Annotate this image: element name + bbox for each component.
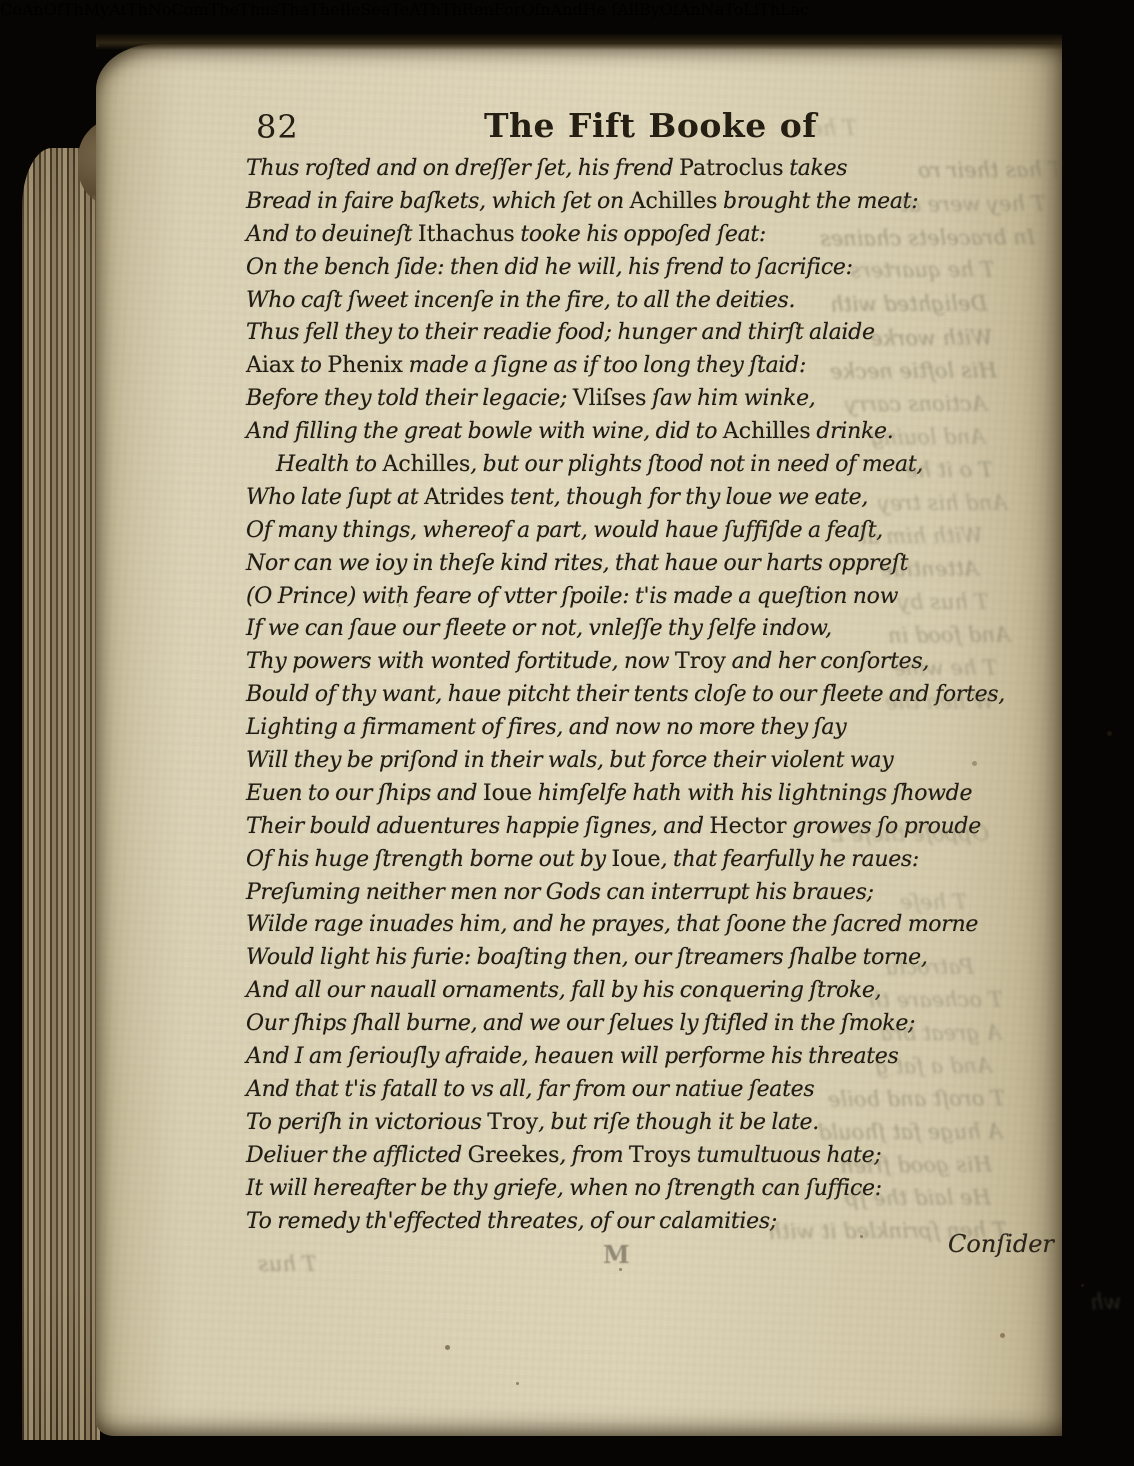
verse-text-block: Thus roſted and on dreſſer ſet, his fren… [246,156,1068,1241]
facing-line-fragment: Ren [462,0,494,19]
verse-line: And I am ſeriouſly afraide, heauen will … [246,1044,1068,1077]
verse-line: Aiax to Phenix made a ſigne as if too lo… [246,353,1068,386]
facing-line-fragment: Tha [279,0,310,19]
facing-page-text: CoAnOfThMyAtThNoComTheThusThaTheIleSeaTe… [0,0,1134,19]
gutter-shadow [1052,28,1078,1428]
verse-line: Bread in faire baſkets, which ſet on Ach… [246,189,1068,222]
verse-line: To periſh in victorious Troy, but riſe t… [246,1110,1068,1143]
verse-line: Preſuming neither men nor Gods can inter… [246,880,1068,913]
verse-line: Health to Achilles, but our plights ſtoo… [246,452,1068,485]
facing-line-fragment: Sea [360,0,390,19]
verse-line: Thus fell they to their readie food; hun… [246,320,1068,353]
verse-line: Who caſt ſweet incenſe in the fire, to a… [246,288,1068,321]
facing-line-fragment: Th [420,0,441,19]
verse-line: And to deuineſt Ithachus tooke his oppoſ… [246,222,1068,255]
facing-line-fragment: Th [127,0,148,19]
facing-line-fragment: Th [759,0,780,19]
verse-line: Bould of thy want, haue pitcht their ten… [246,682,1068,715]
page-top-edge-shadow [96,34,1062,50]
verse-line: Before they told their legacie; Vliſses … [246,386,1068,419]
verse-line: And all our nauall ornaments, fall by hi… [246,978,1068,1011]
verse-line: To remedy th'effected threates, of our c… [246,1209,1068,1242]
verse-line: Wilde rage inuades him, and he prayes, t… [246,912,1068,945]
facing-line-fragment: Lac [780,0,809,19]
verse-line: If we can ſaue our fleete or not, vnleſſ… [246,616,1068,649]
verse-line: And that t'is fatall to vs all, far from… [246,1077,1068,1110]
verse-line: Lighting a firmament of fires, and now n… [246,715,1068,748]
facing-line-fragment: The [209,0,239,19]
facing-page-sliver: CoAnOfThMyAtThNoComTheThusThaTheIleSeaTe… [0,0,1134,19]
facing-line-fragment: Co [0,0,22,19]
facing-line-fragment: Of [44,0,63,19]
show-through-text: T hus [258,1252,317,1276]
book-scan: 82 The Fift Booke of Thus roſted and on … [0,0,1134,1466]
signature-mark: M [603,1240,630,1269]
running-title: The Fift Booke of [484,106,864,145]
verse-line: Our ſhips ſhall burne, and we our ſelues… [246,1011,1068,1044]
facing-line-fragment: Te [390,0,409,19]
facing-line-fragment: He ſ [583,0,617,19]
verse-line: Thy powers with wonted fortitude, now Tr… [246,649,1068,682]
page-number: 82 [256,108,299,146]
verse-line: Thus roſted and on dreſſer ſet, his fren… [246,156,1068,189]
book-page: 82 The Fift Booke of Thus roſted and on … [96,44,1062,1436]
verse-line: Their bould aduentures happie ſignes, an… [246,814,1068,847]
facing-line-fragment: An [679,0,701,19]
verse-line: Deliuer the afflicted Greekes, from Troy… [246,1143,1068,1176]
facing-line-fragment: Ile [339,0,360,19]
facing-line-fragment: No [148,0,172,19]
verse-line: And filling the great bowle with wine, d… [246,419,1068,452]
facing-line-fragment: Th [63,0,84,19]
verse-line: Nor can we ioy in theſe kind rites, that… [246,551,1068,584]
verse-line: Of many things, whereof a part, would ha… [246,518,1068,551]
facing-line-fragment: Ofn [521,0,550,19]
facing-line-fragment: Na [701,0,725,19]
facing-line-fragment: My [84,0,109,19]
verse-line: It will hereafter be thy griefe, when no… [246,1176,1068,1209]
page-stack-edges [22,148,100,1440]
verse-line: Of his huge ſtrength borne out by Ioue, … [246,847,1068,880]
facing-line-fragment: A [409,0,420,19]
verse-line: Who late ſupt at Atrides tent, though fo… [246,485,1068,518]
verse-line: Euen to our ſhips and Ioue himſelfe hath… [246,781,1068,814]
facing-line-fragment: Com [172,0,209,19]
facing-line-fragment: Thus [239,0,279,19]
facing-line-fragment: Li [743,0,759,19]
facing-line-fragment: Th [441,0,462,19]
verse-line: On the bench ſide: then did he will, his… [246,255,1068,288]
facing-line-fragment: To [724,0,743,19]
facing-line-fragment: For [494,0,522,19]
facing-line-fragment: By [639,0,660,19]
verse-line: Will they be priſond in their wals, but … [246,748,1068,781]
verse-line: (O Prince) with feare of vtter ſpoile: t… [246,584,1068,617]
show-through-text: wh [1090,1290,1122,1314]
facing-line-fragment: An [22,0,44,19]
facing-line-fragment: All [617,0,639,19]
facing-line-fragment: At [109,0,127,19]
verse-line: Would light his furie: boaſting then, ou… [246,945,1068,978]
facing-line-fragment: And [551,0,583,19]
facing-line-fragment: The [309,0,339,19]
facing-line-fragment: Of [660,0,679,19]
catchword: Conſider [948,1230,1054,1258]
